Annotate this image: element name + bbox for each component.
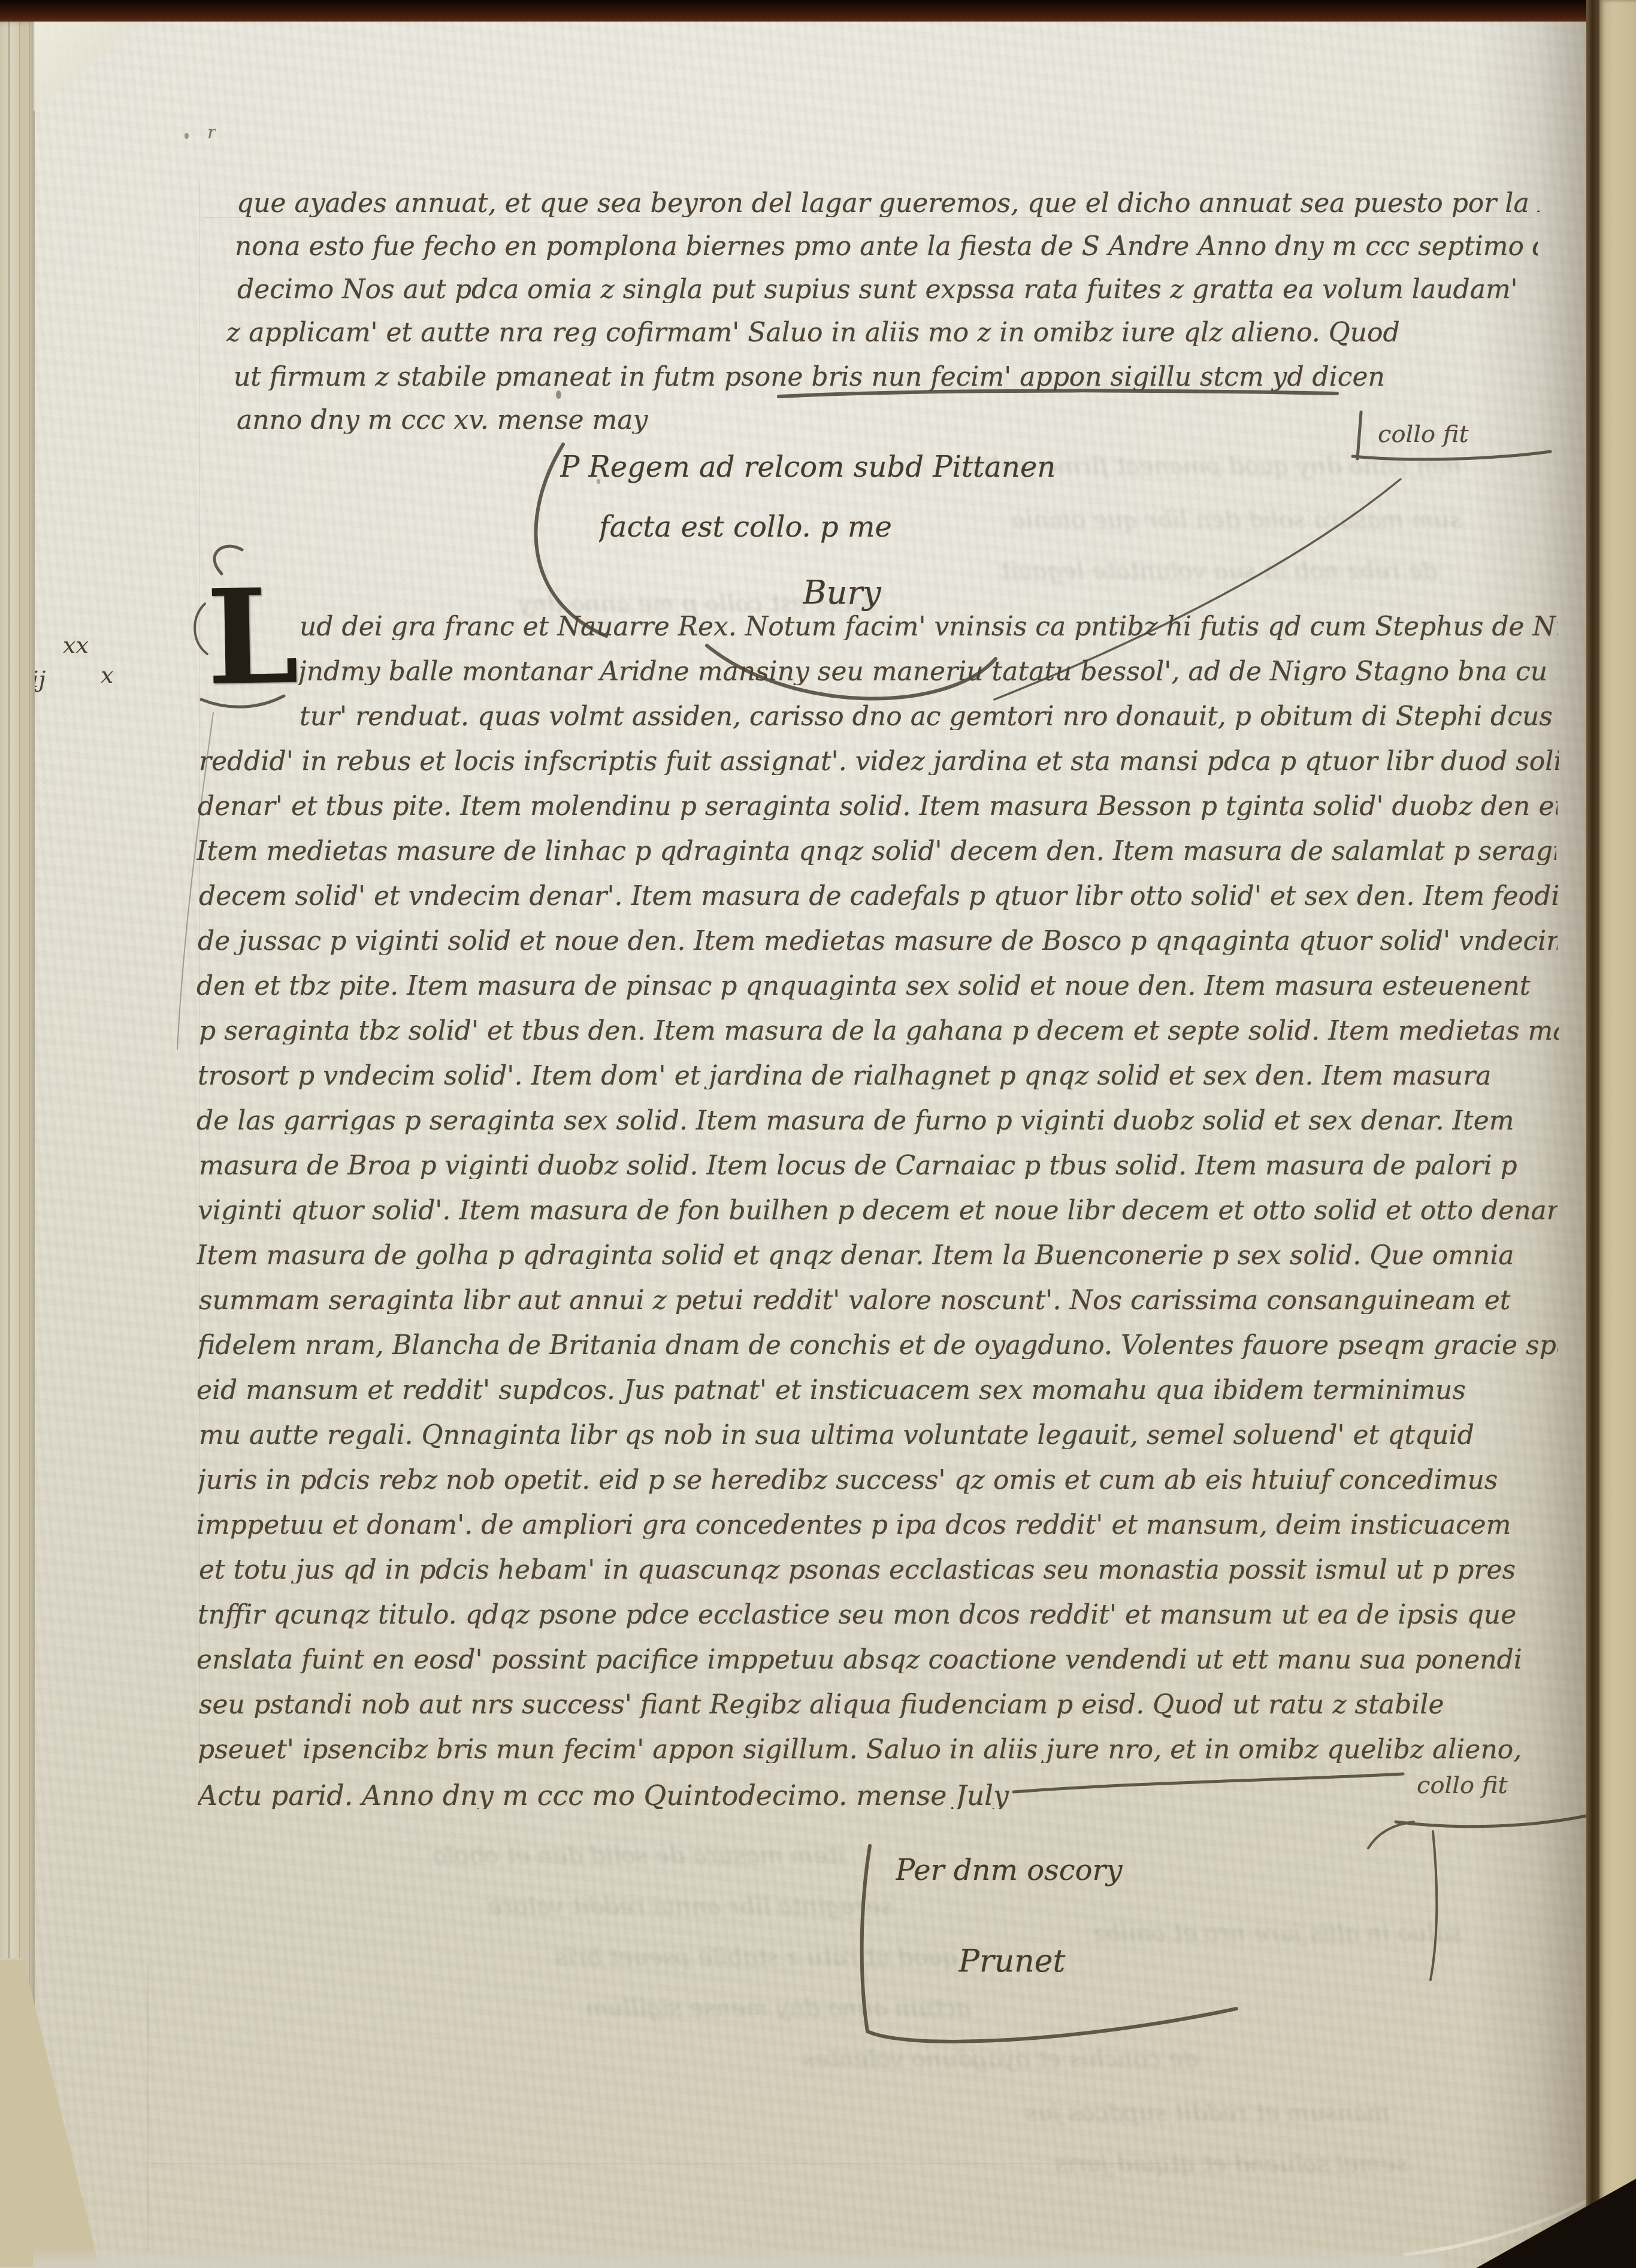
jussio-top-line1: P Regem ad relcom subd Pittanen xyxy=(560,450,1231,484)
ink-speck xyxy=(185,133,189,139)
main-text-line: mu autte regali. Qnnaginta libr qs nob i… xyxy=(199,1422,1559,1449)
crease-line xyxy=(147,1964,149,2252)
main-text-line: pseuet' ipsencibz bris mun fecim' appon … xyxy=(198,1737,1558,1763)
binding-top-edge xyxy=(0,0,1636,22)
top-paragraph-line: que ayades annuat, et que sea beyron del… xyxy=(237,190,1540,217)
decorated-initial-L: L xyxy=(205,571,300,704)
ruling-line xyxy=(204,217,1534,218)
main-text-line: viginti qtuor solid'. Item masura de fon… xyxy=(198,1198,1558,1224)
top-paragraph-line: z applicam' et autte nra reg cofirmam' S… xyxy=(226,320,1538,346)
jussio-top-line2: facta est collo. p me xyxy=(599,510,1078,544)
jussio-top-signature: Bury xyxy=(803,574,994,611)
gutter-shadow xyxy=(1586,0,1599,2268)
main-text-line: seu pstandi nob aut nrs success' fiant R… xyxy=(199,1692,1559,1718)
top-paragraph-date-line: anno dny m ccc xv. mense may xyxy=(237,407,776,434)
main-text-line: de jussac p viginti solid et noue den. I… xyxy=(198,928,1558,955)
corner-mark: r xyxy=(207,122,216,143)
left-margin-mark-xx: xx xyxy=(63,632,89,658)
main-text-line: enslata fuint en eosd' possint pacifice … xyxy=(196,1647,1556,1673)
collo-bottom-hook xyxy=(1368,1822,1414,1848)
left-margin-mark-x: x xyxy=(101,662,113,688)
initial-curl-side xyxy=(195,604,207,654)
showthrough-line: de conchis et oyagduno volentes xyxy=(359,2045,1198,2073)
showthrough-line: mansum et reddit supdcos jus xyxy=(491,2099,1390,2127)
manuscript-page: mm anno dny quod pmaneat firme stabile s… xyxy=(0,0,1636,2268)
main-text-line: Item masura de golha p qdraginta solid e… xyxy=(196,1243,1556,1269)
ruling-line xyxy=(150,2163,1258,2164)
top-paragraph-line: ut firmum z stabile pmaneat in futm pson… xyxy=(234,364,1540,390)
main-text-line: Item medietas masure de linhac p qdragin… xyxy=(196,838,1556,865)
jussio-bottom-line1: Per dnm oscory xyxy=(896,1854,1327,1887)
main-text-line: imppetuu et donam'. de ampliori gra conc… xyxy=(196,1512,1556,1539)
main-text-line: de las garrigas p seraginta sex solid. I… xyxy=(196,1108,1556,1134)
bottom-left-page-edges xyxy=(0,1958,192,2268)
showthrough-line: item masura de solid den et obolo xyxy=(216,1842,845,1869)
main-text-line: den et tbz pite. Item masura de pinsac p… xyxy=(196,973,1556,1000)
main-text-dated-line: Actu parid. Anno dny m ccc mo Quintodeci… xyxy=(198,1782,1036,1809)
main-text-line: ud dei gra franc et Nauarre Rex. Notum f… xyxy=(300,614,1558,640)
page-edge-line xyxy=(29,22,30,2268)
page-edge-line xyxy=(8,22,10,2268)
ink-speck xyxy=(556,390,561,399)
main-text-line: tnffir qcunqz titulo. qdqz psone pdce ec… xyxy=(198,1602,1558,1628)
left-page-edges xyxy=(0,22,35,2268)
main-text-line: jndmy balle montanar Aridne mansiny seu … xyxy=(298,659,1556,685)
main-text-line: trosort p vndecim solid'. Item dom' et j… xyxy=(198,1063,1558,1089)
flourish-top-dash xyxy=(779,390,1337,396)
main-text-line: summam seraginta libr aut annui z petui … xyxy=(199,1288,1559,1314)
jussio-bottom-signature: Prunet xyxy=(958,1943,1198,1979)
main-text-line: p seraginta tbz solid' et tbus den. Item… xyxy=(199,1018,1559,1044)
dated-line-dash xyxy=(1014,1774,1403,1792)
main-text-line: denar' et tbus pite. Item molendinu p se… xyxy=(198,794,1558,820)
folded-corner xyxy=(34,22,147,111)
main-text-line: et totu jus qd in pdcis hebam' in quascu… xyxy=(199,1557,1559,1583)
top-paragraph-line: nona esto fue fecho en pomplona biernes … xyxy=(235,234,1538,260)
main-text-line: tur' renduat. quas volmt assiden, cariss… xyxy=(300,704,1558,730)
showthrough-line: seraginta libr annui reddit valore xyxy=(204,1892,893,1920)
bottom-page-edge xyxy=(33,2247,1441,2268)
next-page-edge xyxy=(1599,0,1636,2268)
page-edge-line xyxy=(19,22,20,2268)
main-text-line: eid mansum et reddit' supdcos. Jus patna… xyxy=(196,1377,1556,1404)
main-text-line: juris in pdcis rebz nob opetit. eid p se… xyxy=(198,1467,1558,1494)
page-curve-shadow xyxy=(1474,22,1587,2268)
showthrough-line: quod ut ratu z stabile pseuet bris xyxy=(210,1943,958,1971)
main-text-line: fidelem nram, Blancha de Britania dnam d… xyxy=(198,1333,1558,1359)
showthrough-line: actum anno dny mense sigillum xyxy=(252,1994,970,2022)
showthrough-line: de rebz nob in sua voluntate legauit xyxy=(923,557,1438,585)
main-text-line: reddid' in rebus et locis infscriptis fu… xyxy=(199,749,1559,775)
jussio-bottom-right-stroke xyxy=(1431,1831,1437,1980)
top-paragraph-line: decimo Nos aut pdca omia z singla put su… xyxy=(237,277,1540,303)
main-text-line: decem solid' et vndecim denar'. Item mas… xyxy=(199,883,1559,910)
main-text-line: masura de Broa p viginti duobz solid. It… xyxy=(199,1153,1559,1179)
